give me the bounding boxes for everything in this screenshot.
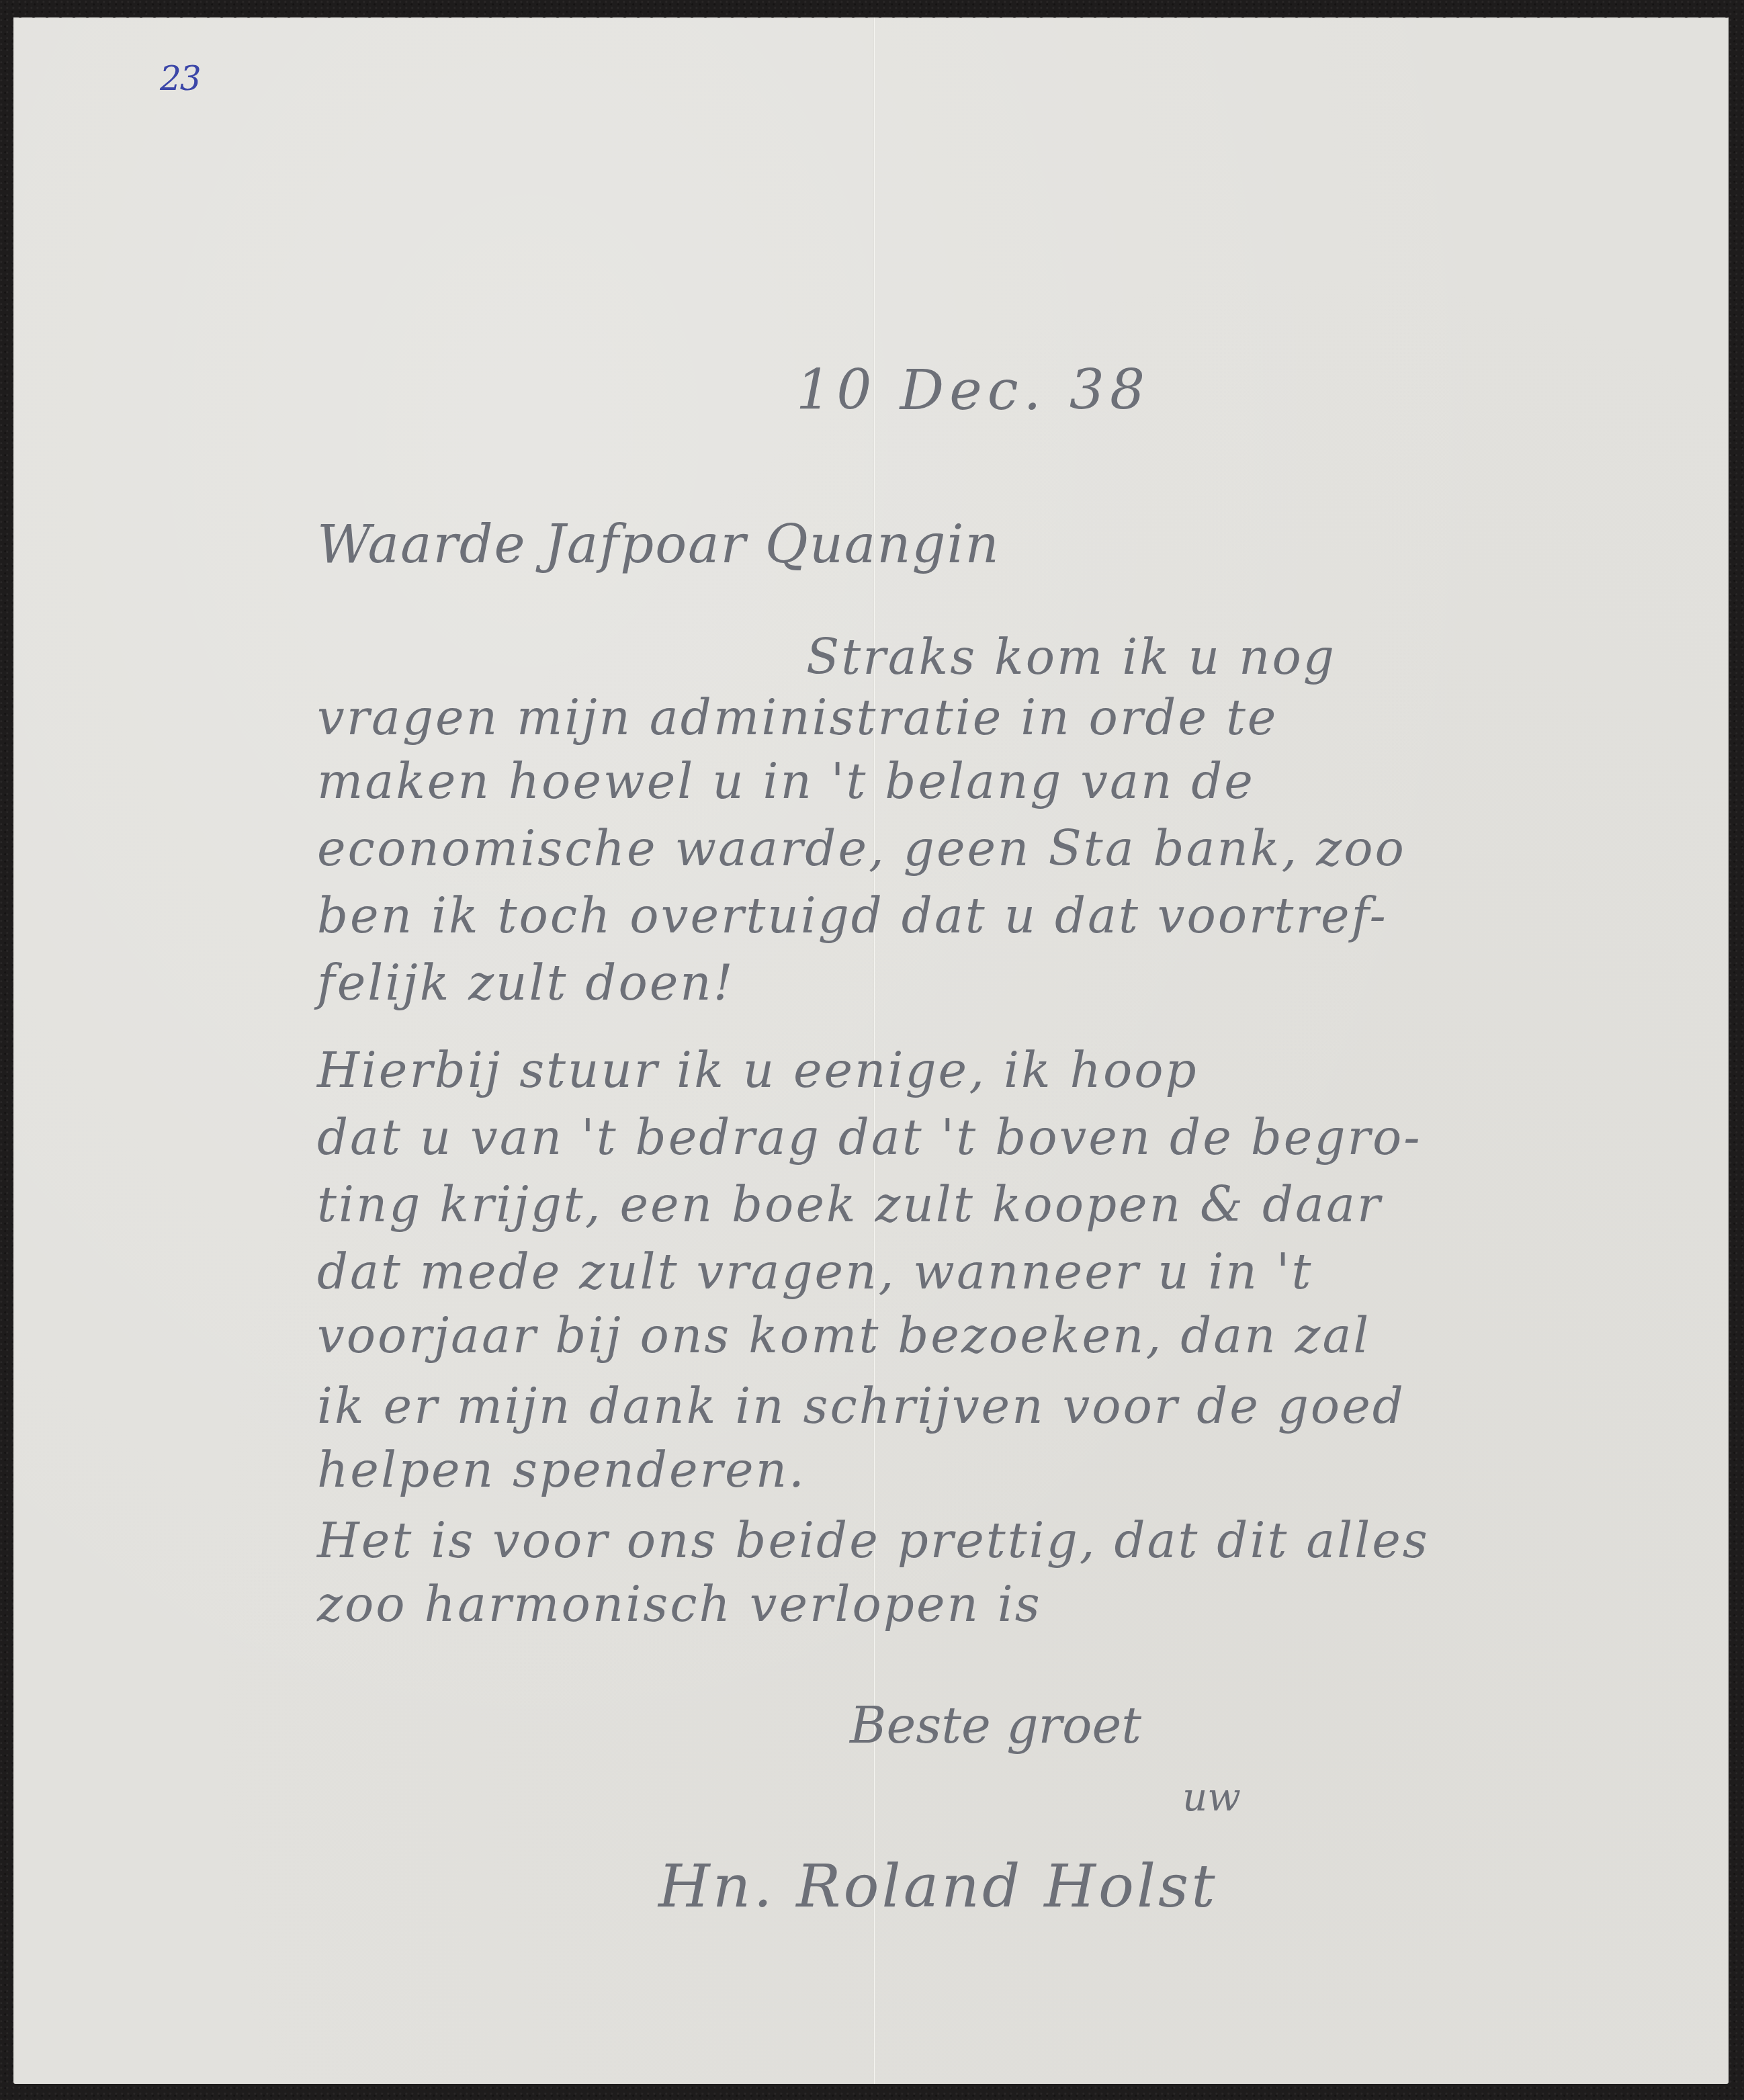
body-line: ting krijgt, een boek zult koopen & daar bbox=[317, 1176, 1382, 1233]
body-line: zoo harmonisch verlopen is bbox=[317, 1576, 1042, 1632]
body-line: ik er mijn dank in schrijven voor de goe… bbox=[317, 1378, 1405, 1434]
body-line: Hierbij stuur ik u eenige, ik hoop bbox=[317, 1042, 1198, 1098]
salutation: Waarde Jafpoar Quangin bbox=[317, 515, 1000, 575]
closing-uw: uw bbox=[1182, 1774, 1241, 1820]
body-line: Het is voor ons beide prettig, dat dit a… bbox=[317, 1512, 1430, 1569]
body-line: economische waarde, geen Sta bank, zoo bbox=[317, 820, 1406, 877]
body-line: voorjaar bij ons komt bezoeken, dan zal bbox=[317, 1307, 1370, 1364]
perforated-top-edge bbox=[13, 13, 1729, 23]
signature: Hn. Roland Holst bbox=[658, 1851, 1218, 1921]
body-line: dat u van 't bedrag dat 't boven de begr… bbox=[317, 1109, 1422, 1166]
body-line: ben ik toch overtuigd dat u dat voortref… bbox=[317, 887, 1388, 944]
body-line: dat mede zult vragen, wanneer u in 't bbox=[317, 1243, 1313, 1300]
letter-sheet: 23 10 Dec. 38 Waarde Jafpoar Quangin Str… bbox=[13, 17, 1729, 2084]
archive-page-number: 23 bbox=[160, 59, 200, 98]
body-line: Straks kom ik u nog bbox=[806, 629, 1336, 685]
body-line: maken hoewel u in 't belang van de bbox=[317, 753, 1255, 810]
letter-date: 10 Dec. 38 bbox=[796, 359, 1150, 423]
body-line: helpen spenderen. bbox=[317, 1442, 806, 1498]
closing-greeting: Beste groet bbox=[850, 1697, 1141, 1755]
body-line: felijk zult doen! bbox=[317, 955, 735, 1011]
body-line: vragen mijn administratie in orde te bbox=[317, 689, 1278, 746]
